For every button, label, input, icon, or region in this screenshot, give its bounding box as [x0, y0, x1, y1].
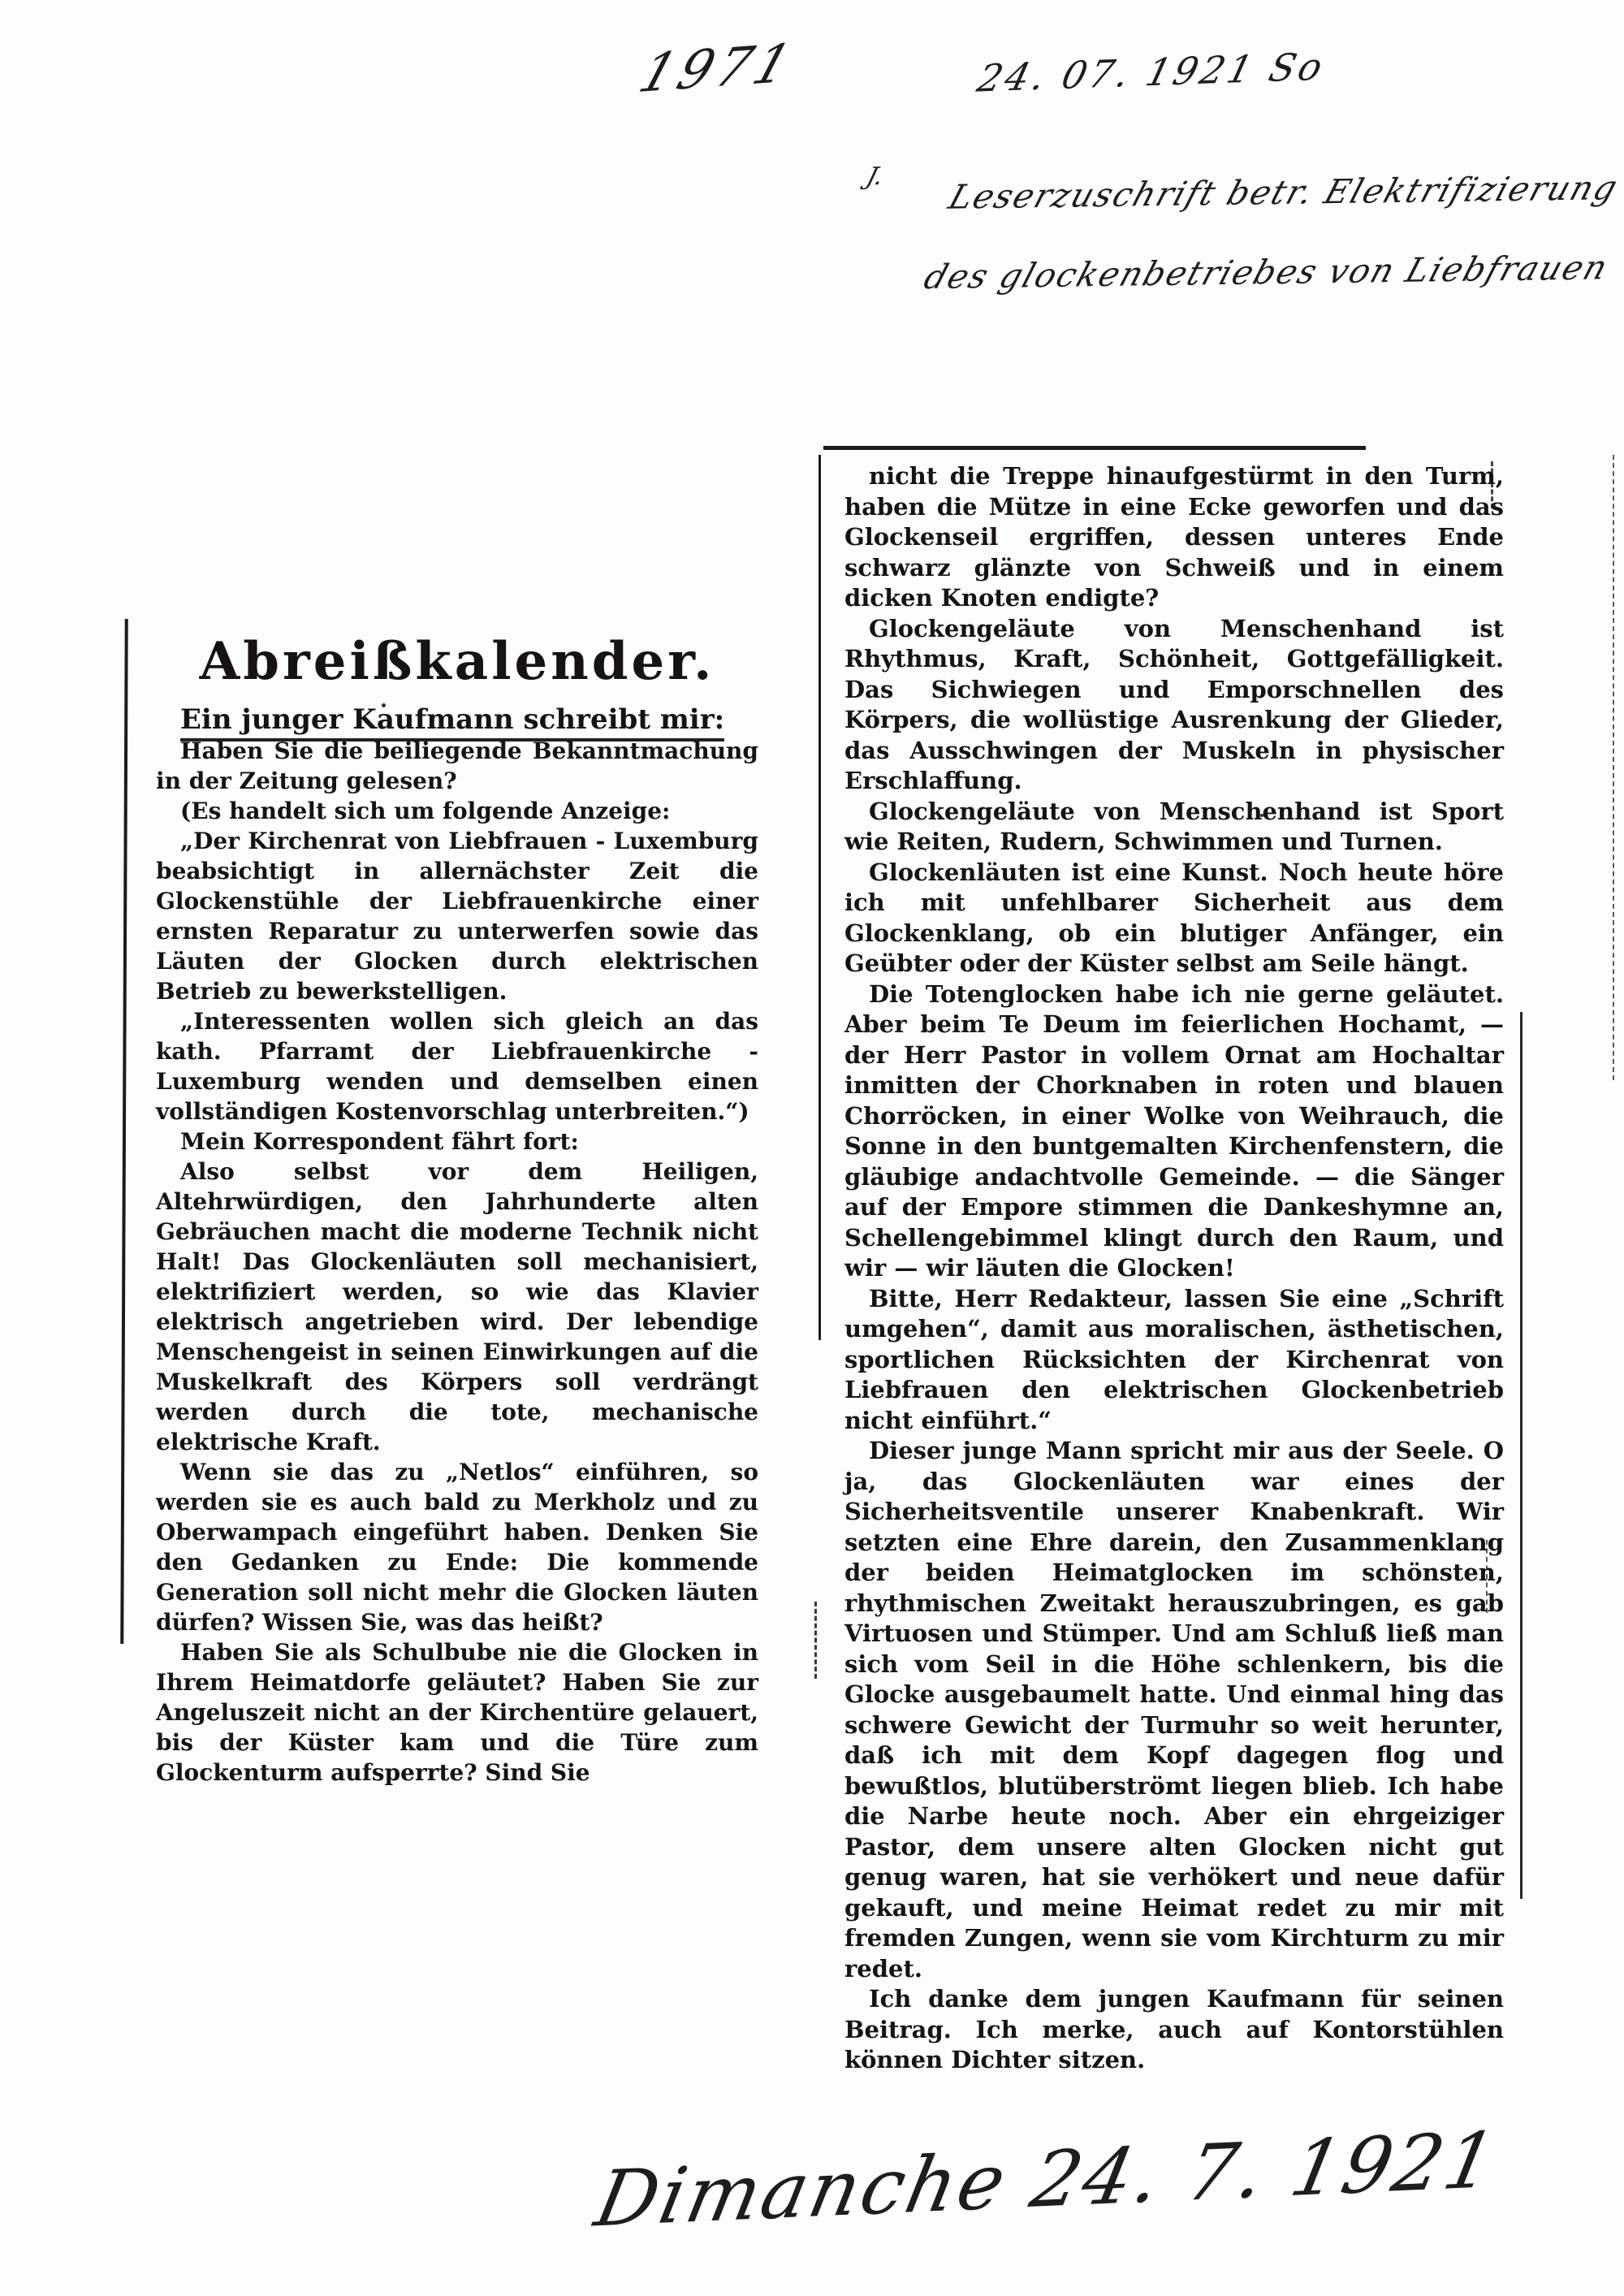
column-divider-dashes	[814, 1602, 817, 1679]
handwritten-note: Leserzuschrift betr. Elektrifizierung de…	[914, 148, 1624, 318]
handwritten-note-line1: Leserzuschrift betr. Elektrifizierung	[938, 148, 1624, 237]
paragraph: „Der Kirchenrat von Liebfrauen - Luxembu…	[156, 826, 758, 1006]
paragraph: Ich danke dem jungen Kaufmann für seinen…	[844, 1984, 1504, 2076]
paragraph: Glockengeläute von Menschenhand ist Spor…	[844, 797, 1504, 858]
paragraph: Dieser junge Mann spricht mir aus der Se…	[844, 1436, 1504, 1984]
handwritten-note-line2: des glockenbetriebes von Liebfrauen	[914, 227, 1620, 317]
handwritten-date-top: 24. 07. 1921 So	[973, 44, 1330, 100]
article-left-column: Abreißkalender. Ein junger Kaufmann schr…	[156, 633, 758, 1788]
paragraph: Also selbst vor dem Heiligen, Altehrwürd…	[156, 1157, 758, 1457]
paragraph: Haben Sie die beiliegende Bekanntmachung…	[156, 736, 758, 796]
article-title: Abreißkalender.	[156, 633, 758, 690]
article-intro: Ein junger Kaufmann schreibt mir:	[156, 703, 758, 736]
handwritten-year: 1971	[632, 33, 803, 106]
paragraph: Mein Korrespondent fährt fort:	[156, 1126, 758, 1157]
paragraph: Die Totenglocken habe ich nie gerne gelä…	[844, 979, 1504, 1284]
article-right-column: nicht die Treppe hinaufgestürmt in den T…	[844, 461, 1504, 2076]
paragraph: Bitte, Herr Redakteur, lassen Sie eine „…	[844, 1284, 1504, 1437]
column-divider-rule	[818, 455, 821, 1340]
right-column-top-rule	[823, 446, 1366, 450]
paragraph: Glockenläuten ist eine Kunst. Noch heute…	[844, 858, 1504, 979]
paragraph: Haben Sie als Schulbube nie die Glocken …	[156, 1637, 758, 1788]
paragraph: Wenn sie das zu „Netlos“ einführen, so w…	[156, 1457, 758, 1637]
scanned-document-page: 1971 24. 07. 1921 So J. Leserzuschrift b…	[0, 0, 1624, 2296]
paragraph: (Es handelt sich um folgende Anzeige:	[156, 796, 758, 826]
right-column-rule	[1520, 1012, 1522, 1899]
left-column-rule	[120, 619, 128, 1644]
handwritten-note-prefix: J.	[863, 162, 887, 191]
right-margin-dashes	[1613, 455, 1614, 1080]
handwritten-date-bottom: Dimanche 24. 7. 1921	[588, 2116, 1505, 2244]
paragraph: Glockengeläute von Menschenhand ist Rhyt…	[844, 614, 1504, 797]
paragraph: nicht die Treppe hinaufgestürmt in den T…	[844, 461, 1504, 614]
paragraph: „Interessenten wollen sich gleich an das…	[156, 1006, 758, 1126]
